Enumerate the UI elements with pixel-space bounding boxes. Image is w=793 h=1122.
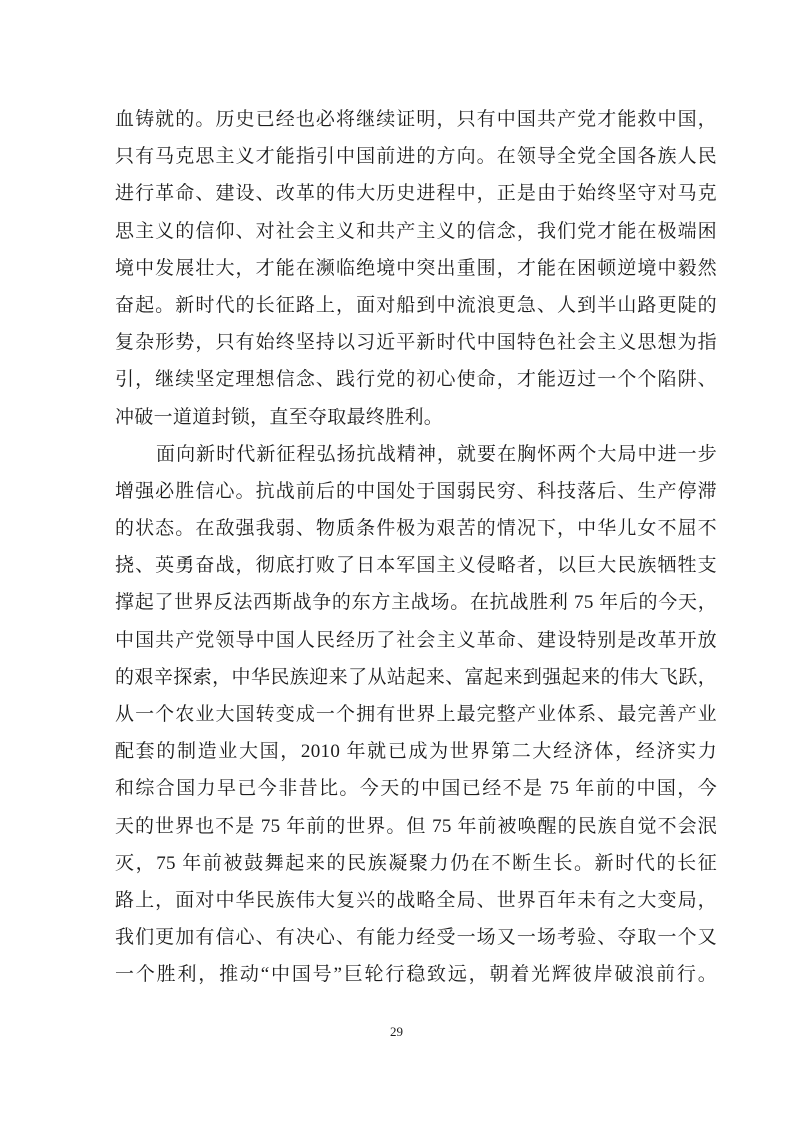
- text-line: 思主义的信仰、对社会主义和共产主义的信念，我们党才能在极端困: [115, 213, 717, 250]
- text-line: 配套的制造业大国，2010 年就已成为世界第二大经济体，经济实力: [115, 733, 717, 770]
- text-line: 的状态。在敌强我弱、物质条件极为艰苦的情况下，中华儿女不屈不: [115, 510, 717, 547]
- text-line: 灭，75 年前被鼓舞起来的民族凝聚力仍在不断生长。新时代的长征: [115, 845, 717, 882]
- text-line: 冲破一道道封锁，直至夺取最终胜利。: [115, 399, 717, 436]
- text-line: 引，继续坚定理想信念、践行党的初心使命，才能迈过一个个陷阱、: [115, 361, 717, 398]
- page-number: 29: [390, 1024, 403, 1040]
- paragraph: 面向新时代新征程弘扬抗战精神，就要在胸怀两个大局中进一步 增强必胜信心。抗战前后…: [115, 436, 717, 994]
- text-line: 中国共产党领导中国人民经历了社会主义革命、建设特别是改革开放: [115, 622, 717, 659]
- paragraph: 血铸就的。历史已经也必将继续证明，只有中国共产党才能救中国， 只有马克思主义才能…: [115, 101, 717, 436]
- text-line: 一个胜利，推动“中国号”巨轮行稳致远，朝着光辉彼岸破浪前行。: [115, 956, 717, 993]
- text-line: 挠、英勇奋战，彻底打败了日本军国主义侵略者，以巨大民族牺牲支: [115, 547, 717, 584]
- text-line: 的艰辛探索，中华民族迎来了从站起来、富起来到强起来的伟大飞跃，: [115, 659, 717, 696]
- text-line: 天的世界也不是 75 年前的世界。但 75 年前被唤醒的民族自觉不会泯: [115, 808, 717, 845]
- text-line: 和综合国力早已今非昔比。今天的中国已经不是 75 年前的中国，今: [115, 770, 717, 807]
- text-line: 面向新时代新征程弘扬抗战精神，就要在胸怀两个大局中进一步: [115, 436, 717, 473]
- text-line: 从一个农业大国转变成一个拥有世界上最完整产业体系、最完善产业: [115, 696, 717, 733]
- text-line: 境中发展壮大，才能在濒临绝境中突出重围，才能在困顿逆境中毅然: [115, 250, 717, 287]
- text-line: 血铸就的。历史已经也必将继续证明，只有中国共产党才能救中国，: [115, 101, 717, 138]
- text-line: 撑起了世界反法西斯战争的东方主战场。在抗战胜利 75 年后的今天，: [115, 584, 717, 621]
- document-body: 血铸就的。历史已经也必将继续证明，只有中国共产党才能救中国， 只有马克思主义才能…: [115, 101, 717, 994]
- text-line: 奋起。新时代的长征路上，面对船到中流浪更急、人到半山路更陡的: [115, 287, 717, 324]
- text-line: 增强必胜信心。抗战前后的中国处于国弱民穷、科技落后、生产停滞: [115, 473, 717, 510]
- text-line: 路上，面对中华民族伟大复兴的战略全局、世界百年未有之大变局，: [115, 882, 717, 919]
- document-page: 血铸就的。历史已经也必将继续证明，只有中国共产党才能救中国， 只有马克思主义才能…: [0, 0, 793, 1122]
- text-line: 我们更加有信心、有决心、有能力经受一场又一场考验、夺取一个又: [115, 919, 717, 956]
- text-line: 进行革命、建设、改革的伟大历史进程中，正是由于始终坚守对马克: [115, 175, 717, 212]
- page-footer: 29: [0, 1023, 793, 1041]
- text-line: 只有马克思主义才能指引中国前进的方向。在领导全党全国各族人民: [115, 138, 717, 175]
- text-line: 复杂形势，只有始终坚持以习近平新时代中国特色社会主义思想为指: [115, 324, 717, 361]
